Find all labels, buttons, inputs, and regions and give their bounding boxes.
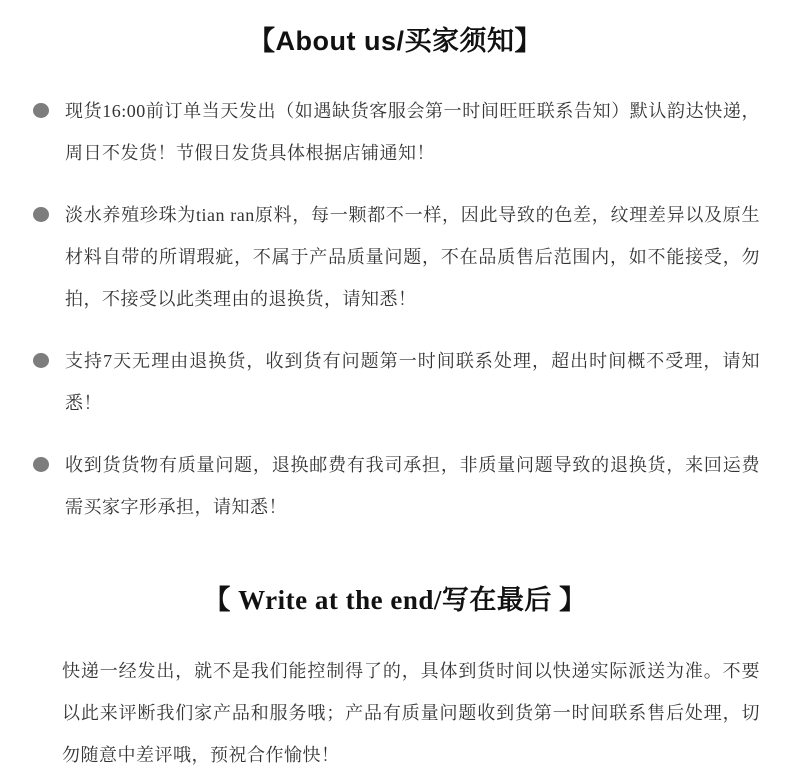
notice-item-material: 淡水养殖珍珠为tian ran原料，每一颗都不一样，因此导致的色差，纹理差异以及… (0, 194, 790, 320)
bullet-icon (33, 103, 49, 118)
notice-item-return-shipping-fee: 收到货货物有质量问题，退换邮费有我司承担，非质量问题导致的退换货，来回运费需买家… (0, 444, 790, 528)
notice-text: 现货16:00前订单当天发出（如遇缺货客服会第一时间旺旺联系告知）默认韵达快递，… (65, 90, 760, 174)
about-us-title: 【About us/买家须知】 (0, 22, 790, 60)
notice-item-return-policy: 支持7天无理由退换货，收到货有问题第一时间联系处理，超出时间概不受理，请知悉！ (0, 340, 790, 424)
bullet-icon (33, 207, 49, 222)
bullet-icon (33, 457, 49, 472)
buyer-notice-page: 【About us/买家须知】 现货16:00前订单当天发出（如遇缺货客服会第一… (0, 0, 790, 769)
notice-text: 支持7天无理由退换货，收到货有问题第一时间联系处理，超出时间概不受理，请知悉！ (65, 340, 760, 424)
write-at-end-title: 【 Write at the end/写在最后 】 (0, 580, 790, 620)
notice-text: 淡水养殖珍珠为tian ran原料，每一颗都不一样，因此导致的色差，纹理差异以及… (65, 194, 760, 320)
notice-item-shipping: 现货16:00前订单当天发出（如遇缺货客服会第一时间旺旺联系告知）默认韵达快递，… (0, 90, 790, 174)
notice-text: 收到货货物有质量问题，退换邮费有我司承担，非质量问题导致的退换货，来回运费需买家… (65, 444, 760, 528)
bullet-icon (33, 353, 49, 368)
buyer-notice-list: 现货16:00前订单当天发出（如遇缺货客服会第一时间旺旺联系告知）默认韵达快递，… (0, 90, 790, 528)
closing-paragraph: 快递一经发出，就不是我们能控制得了的，具体到货时间以快递实际派送为准。不要以此来… (62, 650, 760, 769)
